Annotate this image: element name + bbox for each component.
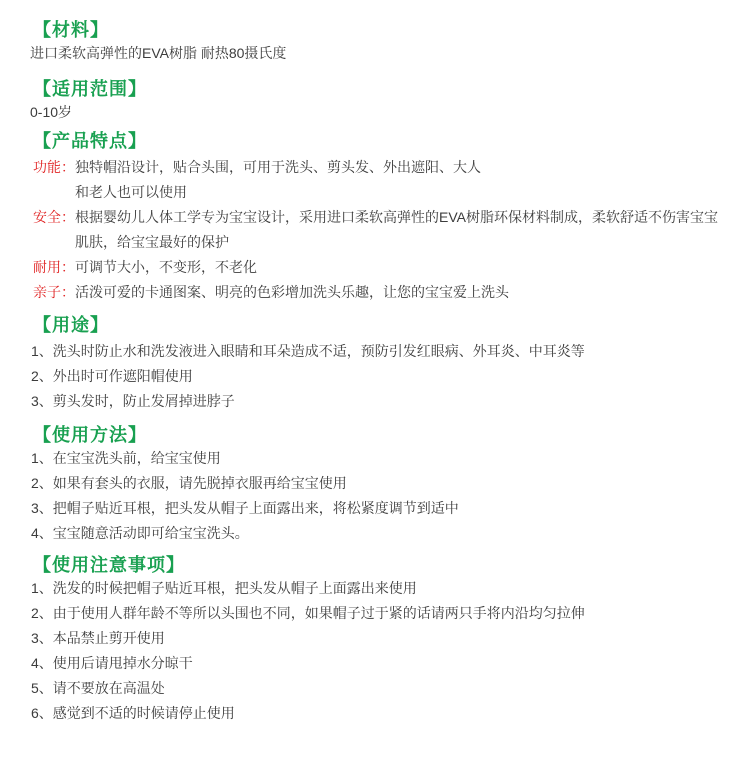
section-title-materials: 【材料】 [33, 20, 730, 40]
usage-item-3: 3、把帽子贴近耳根，把头发从帽子上面露出来，将松紧度调节到适中 [31, 496, 730, 521]
feature-safety-line-1: 根据婴幼儿人体工学专为宝宝设计，采用进口柔软高弹性的EVA树脂环保材料制成，柔软… [75, 205, 730, 230]
feature-safety-line-2: 肌肤，给宝宝最好的保护 [75, 230, 730, 255]
feature-durable-text: 可调节大小，不变形，不老化 [75, 255, 730, 280]
precaution-item-4: 4、使用后请甩掉水分晾干 [31, 651, 730, 676]
section-precautions: 【使用注意事项】 1、洗发的时候把帽子贴近耳根，把头发从帽子上面露出来使用 2、… [30, 555, 730, 726]
feature-function: 功能： 独特帽沿设计，贴合头围，可用于洗头、剪头发、外出遮阳、大人 和老人也可以… [33, 155, 730, 205]
materials-text: 进口柔软高弹性的EVA树脂 耐热80摄氏度 [30, 41, 730, 66]
feature-list: 功能： 独特帽沿设计，贴合头围，可用于洗头、剪头发、外出遮阳、大人 和老人也可以… [30, 155, 730, 305]
precaution-item-2: 2、由于使用人群年龄不等所以头围也不同，如果帽子过于紧的话请两只手将内沿均匀拉伸 [31, 601, 730, 626]
feature-safety: 安全： 根据婴幼儿人体工学专为宝宝设计，采用进口柔软高弹性的EVA树脂环保材料制… [33, 205, 730, 255]
precaution-item-6: 6、感觉到不适的时候请停止使用 [31, 701, 730, 726]
precaution-item-5: 5、请不要放在高温处 [31, 676, 730, 701]
precaution-item-1: 1、洗发的时候把帽子贴近耳根，把头发从帽子上面露出来使用 [31, 576, 730, 601]
precaution-item-3: 3、本品禁止剪开使用 [31, 626, 730, 651]
precautions-list: 1、洗发的时候把帽子贴近耳根，把头发从帽子上面露出来使用 2、由于使用人群年龄不… [31, 576, 730, 726]
feature-safety-text: 根据婴幼儿人体工学专为宝宝设计，采用进口柔软高弹性的EVA树脂环保材料制成，柔软… [75, 205, 730, 255]
uses-list: 1、洗头时防止水和洗发液进入眼睛和耳朵造成不适，预防引发红眼病、外耳炎、中耳炎等… [31, 339, 730, 414]
section-usage-method: 【使用方法】 1、在宝宝洗头前，给宝宝使用 2、如果有套头的衣服，请先脱掉衣服再… [30, 425, 730, 546]
applicable-range-text: 0-10岁 [30, 100, 730, 125]
section-materials: 【材料】 进口柔软高弹性的EVA树脂 耐热80摄氏度 [30, 20, 730, 66]
section-title-uses: 【用途】 [33, 315, 730, 335]
section-applicable-range: 【适用范围】 0-10岁 [30, 79, 730, 125]
feature-parent-child-text: 活泼可爱的卡通图案、明亮的色彩增加洗头乐趣，让您的宝宝爱上洗头 [75, 280, 730, 305]
section-uses: 【用途】 1、洗头时防止水和洗发液进入眼睛和耳朵造成不适，预防引发红眼病、外耳炎… [30, 315, 730, 414]
section-product-features: 【产品特点】 功能： 独特帽沿设计，贴合头围，可用于洗头、剪头发、外出遮阳、大人… [30, 131, 730, 305]
feature-durable-label: 耐用： [33, 255, 75, 280]
section-title-usage-method: 【使用方法】 [33, 425, 730, 445]
feature-parent-child: 亲子： 活泼可爱的卡通图案、明亮的色彩增加洗头乐趣，让您的宝宝爱上洗头 [33, 280, 730, 305]
feature-parent-child-label: 亲子： [33, 280, 75, 305]
feature-parent-child-line-1: 活泼可爱的卡通图案、明亮的色彩增加洗头乐趣，让您的宝宝爱上洗头 [75, 280, 730, 305]
feature-safety-label: 安全： [33, 205, 75, 230]
product-description-page: 【材料】 进口柔软高弹性的EVA树脂 耐热80摄氏度 【适用范围】 0-10岁 … [0, 20, 740, 726]
usage-method-list: 1、在宝宝洗头前，给宝宝使用 2、如果有套头的衣服，请先脱掉衣服再给宝宝使用 3… [31, 446, 730, 546]
uses-item-2: 2、外出时可作遮阳帽使用 [31, 364, 730, 389]
section-title-precautions: 【使用注意事项】 [33, 555, 730, 575]
feature-durable-line-1: 可调节大小，不变形，不老化 [75, 255, 730, 280]
feature-durable: 耐用： 可调节大小，不变形，不老化 [33, 255, 730, 280]
feature-function-text: 独特帽沿设计，贴合头围，可用于洗头、剪头发、外出遮阳、大人 和老人也可以使用 [75, 155, 730, 205]
feature-function-line-1: 独特帽沿设计，贴合头围，可用于洗头、剪头发、外出遮阳、大人 [75, 155, 730, 180]
uses-item-1: 1、洗头时防止水和洗发液进入眼睛和耳朵造成不适，预防引发红眼病、外耳炎、中耳炎等 [31, 339, 730, 364]
usage-item-2: 2、如果有套头的衣服，请先脱掉衣服再给宝宝使用 [31, 471, 730, 496]
usage-item-4: 4、宝宝随意活动即可给宝宝洗头。 [31, 521, 730, 546]
feature-function-line-2: 和老人也可以使用 [75, 180, 730, 205]
uses-item-3: 3、剪头发时，防止发屑掉进脖子 [31, 389, 730, 414]
section-title-applicable-range: 【适用范围】 [33, 79, 730, 99]
usage-item-1: 1、在宝宝洗头前，给宝宝使用 [31, 446, 730, 471]
feature-function-label: 功能： [33, 155, 75, 180]
section-title-product-features: 【产品特点】 [33, 131, 730, 151]
